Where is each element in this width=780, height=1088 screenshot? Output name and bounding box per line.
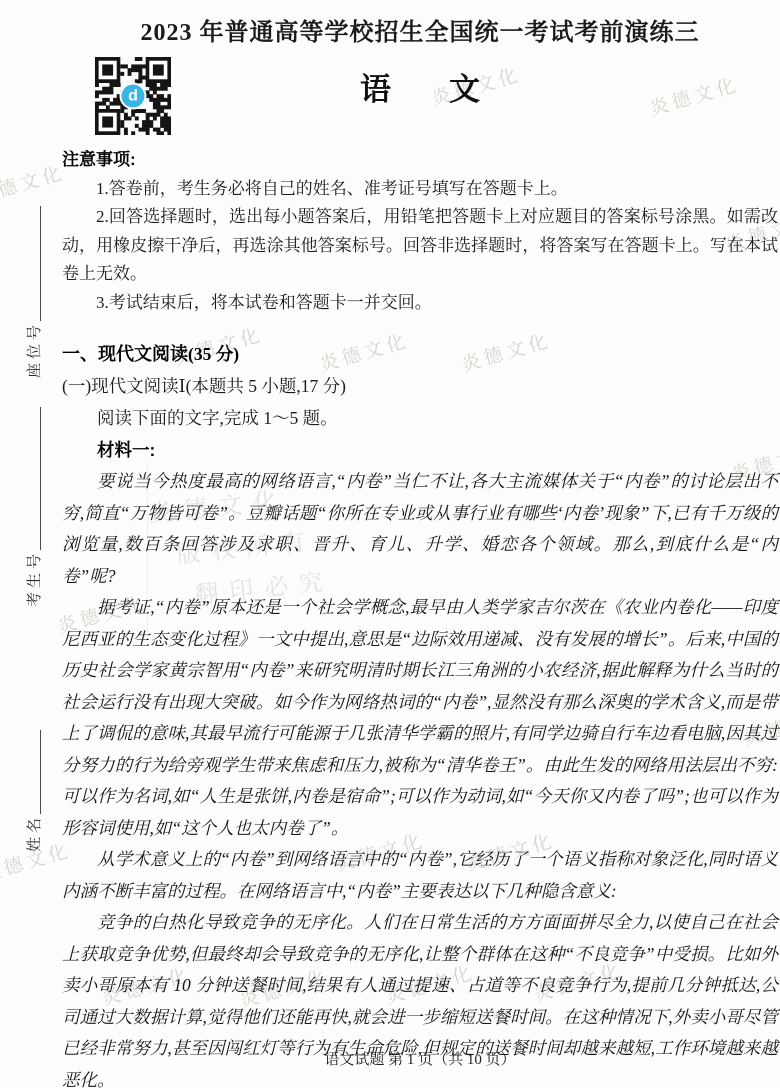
notice-item-3: 3.考试结束后，将本试卷和答题卡一并交回。: [62, 289, 778, 318]
name-blank-line: [36, 730, 41, 814]
subject-char: 文: [449, 72, 480, 107]
notice-item-1: 1.答卷前，考生务必将自己的姓名、准考证号填写在答题卡上。: [62, 175, 778, 204]
name-field: 姓名: [26, 730, 44, 852]
section-score: (35 分): [188, 344, 239, 364]
candidate-number-blank-line: [36, 407, 41, 550]
page-number-text: 语文试题 第 1 页（共 10 页）: [324, 1052, 515, 1068]
exam-paper-page: 炎德文化 炎德文化 炎德文化 炎德文化 炎德文化 炎德文化 炎德文化 炎德文化 …: [0, 0, 780, 1088]
notice-section: 注意事项: 1.答卷前，考生务必将自己的姓名、准考证号填写在答题卡上。 2.回答…: [62, 146, 778, 318]
subject-char: 语: [360, 72, 391, 107]
reading-instruction: 阅读下面的文字,完成 1～5 题。: [62, 402, 778, 434]
candidate-number-label: 考生号: [23, 550, 44, 607]
seat-number-label: 座位号: [23, 321, 44, 378]
candidate-number-field: 考生号: [26, 407, 44, 607]
section-heading: 一、现代文阅读(35 分): [62, 338, 778, 370]
exam-title: 2023 年普通高等学校招生全国统一考试考前演练三: [62, 12, 778, 47]
seat-number-field: 座位号: [26, 206, 44, 378]
notice-heading: 注意事项:: [62, 146, 778, 175]
subsection-heading: (一)现代文阅读Ⅰ(本题共 5 小题,17 分): [62, 370, 778, 402]
material-paragraph-3: 从学术意义上的“内卷”到网络语言中的“内卷”,它经历了一个语义指称对象泛化,同时…: [62, 844, 778, 907]
notice-item-2: 2.回答选择题时，选出每小题答案后，用铅笔把答题卡上对应题目的答案标号涂黑。如需…: [62, 203, 778, 289]
modern-reading-section: 一、现代文阅读(35 分) (一)现代文阅读Ⅰ(本题共 5 小题,17 分) 阅…: [62, 338, 778, 1088]
seat-number-blank-line: [36, 206, 41, 321]
material-one-label: 材料一:: [62, 434, 778, 466]
name-label: 姓名: [23, 814, 44, 852]
page-footer: 语文试题 第 1 页（共 10 页）: [62, 1048, 778, 1069]
watermark: 炎德文化: [0, 158, 68, 209]
material-paragraph-2: 据考证,“内卷”原本还是一个社会学概念,最早由人类学家吉尔茨在《农业内卷化——印…: [62, 592, 778, 844]
subject-title: 语文: [62, 64, 778, 109]
material-paragraph-1: 要说当今热度最高的网络语言,“内卷”当仁不让,各大主流媒体关于“内卷”的讨论层出…: [62, 466, 778, 592]
section-heading-text: 一、现代文阅读: [62, 344, 188, 364]
